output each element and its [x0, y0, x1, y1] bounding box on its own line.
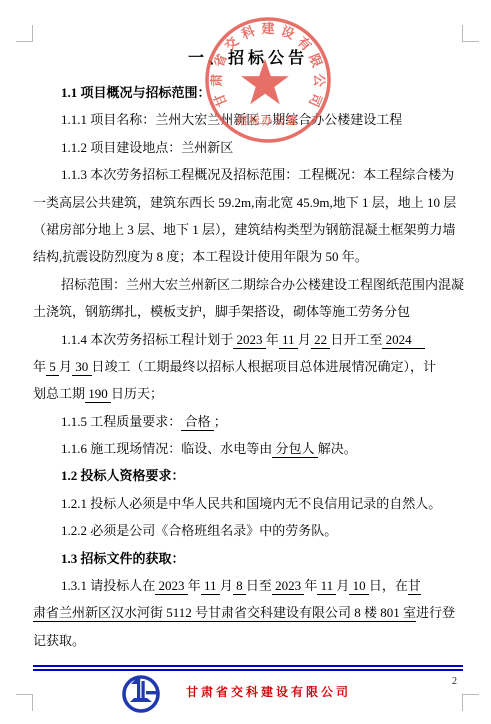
text-boundary-mark-top-right	[462, 25, 479, 42]
document-line: 1.1 项目概况与招标范围：	[33, 79, 463, 106]
document-line: 1.3 招标文件的获取：	[33, 545, 463, 572]
document-line: 1.2.2 必须是公司《合格班组名录》中的劳务队。	[33, 517, 463, 544]
document-line: 土浇筑，钢筋绑扎，模板支护，脚手架搭设，砌体等施工劳务分包	[33, 298, 463, 325]
svg-text:设: 设	[279, 23, 297, 42]
document-line: 肃省兰州新区汉水河街 5112 号甘肃省交科建设有限公司 8 楼 801 室进行…	[33, 599, 463, 626]
document-body: 一、招标公告 1.1 项目概况与招标范围：1.1.1 项目名称：兰州大宏兰州新区…	[33, 44, 463, 654]
document-line: 1.1.5 工程质量要求： 合格 ；	[33, 408, 463, 435]
document-line: 年 5 月 30 日竣工（工期最终以招标人根据项目总体进展情况确定），计	[33, 353, 463, 380]
footer-company-name: 甘肃省交科建设有限公司	[186, 683, 351, 700]
footer-divider	[33, 665, 463, 671]
document-page: 一、招标公告 1.1 项目概况与招标范围：1.1.1 项目名称：兰州大宏兰州新区…	[0, 0, 491, 724]
document-line: 1.2.1 投标人必须是中华人民共和国境内无不良信用记录的自然人。	[33, 490, 463, 517]
company-logo-icon	[120, 672, 162, 714]
text-boundary-mark-top-left	[16, 25, 33, 42]
document-line: 划总工期 190 日历天；	[33, 380, 463, 407]
document-line: 1.2 投标人资格要求：	[33, 462, 463, 489]
document-line: 1.1.2 项目建设地点：兰州新区	[33, 134, 463, 161]
document-line: 1.1.4 本次劳务招标工程计划于 2023 年 11 月 22 日开工至 20…	[33, 326, 463, 353]
document-line: 结构,抗震设防烈度为 8 度；本工程设计使用年限为 50 年。	[33, 243, 463, 270]
document-line: 招标范围：兰州大宏兰州新区二期综合办公楼建设工程图纸范围内混凝	[33, 271, 463, 298]
document-line: （裙房部分地上 3 层、地下 1 层），建筑结构类型为钢筋混凝土框架剪力墙	[33, 216, 463, 243]
document-line: 1.1.6 施工现场情况：临设、水电等由 分包人 解决。	[33, 435, 463, 462]
page-title: 一、招标公告	[33, 48, 463, 70]
svg-text:建: 建	[260, 21, 274, 36]
text-boundary-mark-bottom-left	[16, 694, 33, 711]
page-number: 2	[452, 676, 457, 687]
document-line: 1.3.1 请投标人在 2023 年 11 月 8 日至 2023 年 11 月…	[33, 572, 463, 599]
document-line: 记获取。	[33, 627, 463, 654]
document-lines: 1.1 项目概况与招标范围：1.1.1 项目名称：兰州大宏兰州新区二期综合办公楼…	[33, 79, 463, 654]
document-line: 1.1.3 本次劳务招标工程概况及招标范围：工程概况：本工程综合楼为	[33, 161, 463, 188]
document-line: 一类高层公共建筑，建筑东西长 59.2m,南北宽 45.9m,地下 1 层，地上…	[33, 189, 463, 216]
text-boundary-mark-bottom-right	[462, 694, 479, 711]
document-line: 1.1.1 项目名称：兰州大宏兰州新区二期综合办公楼建设工程	[33, 106, 463, 133]
svg-text:科: 科	[238, 23, 258, 43]
